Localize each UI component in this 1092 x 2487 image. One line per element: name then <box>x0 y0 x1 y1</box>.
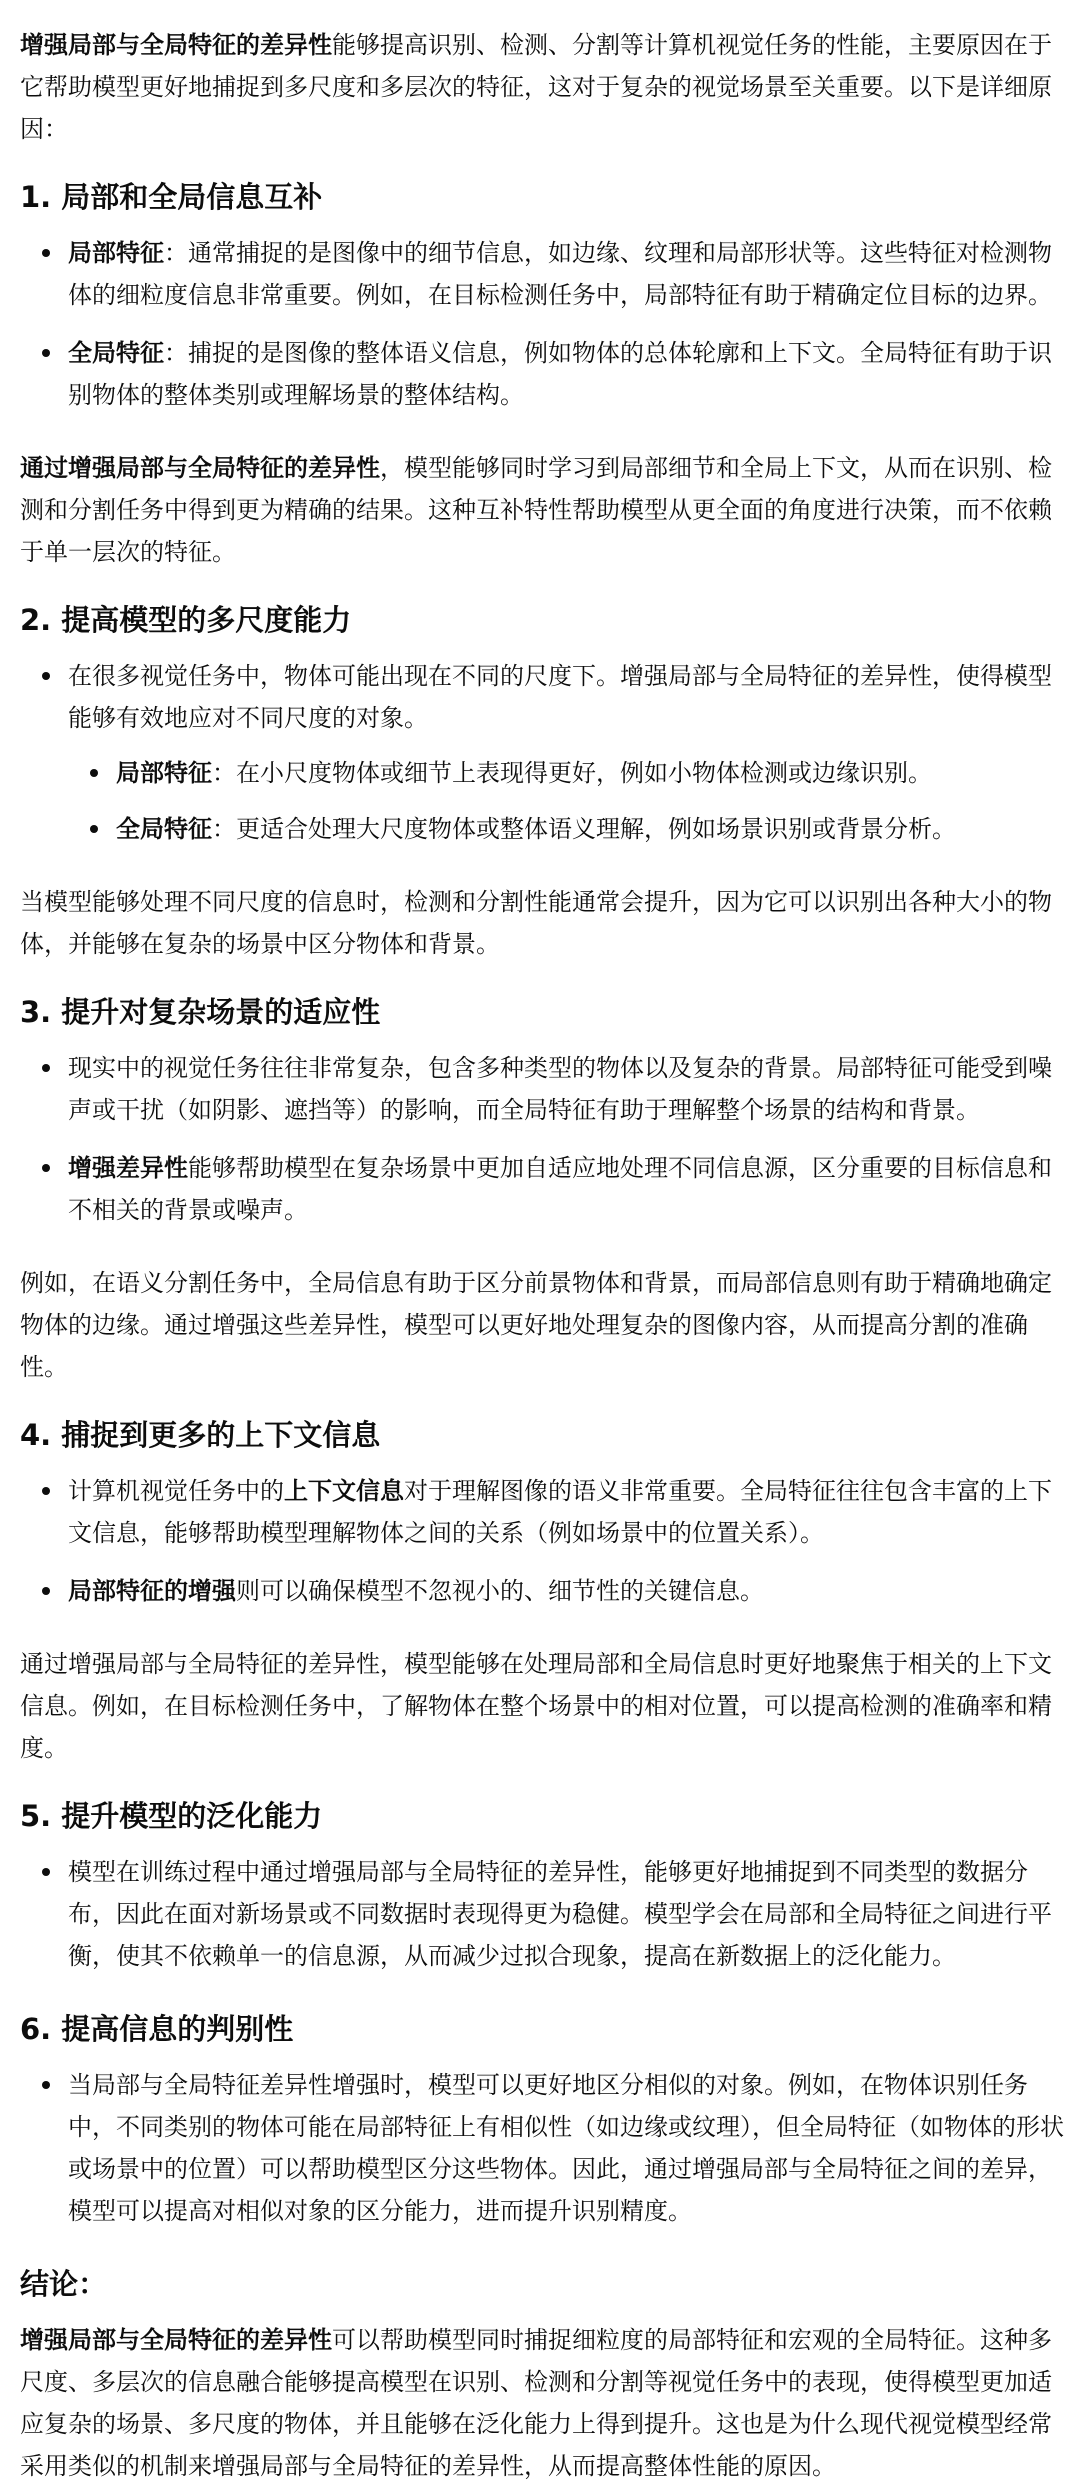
bullet-text: 当局部与全局特征差异性增强时，模型可以更好地区分相似的对象。例如，在物体识别任务… <box>68 2071 1064 2225</box>
list-item: 局部特征：通常捕捉的是图像中的细节信息，如边缘、纹理和局部形状等。这些特征对检测… <box>20 232 1070 316</box>
nested-list-item: 全局特征：更适合处理大尺度物体或整体语义理解，例如场景识别或背景分析。 <box>68 808 1070 850</box>
para-text: 例如，在语义分割任务中，全局信息有助于区分前景物体和背景，而局部信息则有助于精确… <box>20 1269 1052 1381</box>
document: 增强局部与全局特征的差异性能够提高识别、检测、分割等计算机视觉任务的性能，主要原… <box>0 0 1092 2487</box>
section-2-paragraph: 当模型能够处理不同尺度的信息时，检测和分割性能通常会提升，因为它可以识别出各种大… <box>20 881 1070 965</box>
bullet-text: ：捕捉的是图像的整体语义信息，例如物体的总体轮廓和上下文。全局特征有助于识别物体… <box>68 339 1052 409</box>
section-6-title: 6. 提高信息的判别性 <box>20 2008 1070 2050</box>
bullet-text: 模型在训练过程中通过增强局部与全局特征的差异性，能够更好地捕捉到不同类型的数据分… <box>68 1858 1052 1970</box>
list-item: 计算机视觉任务中的上下文信息对于理解图像的语义非常重要。全局特征往往包含丰富的上… <box>20 1470 1070 1554</box>
conclusion-title: 结论： <box>20 2263 1070 2305</box>
bullet-text: ：通常捕捉的是图像中的细节信息，如边缘、纹理和局部形状等。这些特征对检测物体的细… <box>68 239 1052 309</box>
bullet-bold: 上下文信息 <box>284 1477 404 1505</box>
conclusion-paragraph: 增强局部与全局特征的差异性可以帮助模型同时捕捉细粒度的局部特征和宏观的全局特征。… <box>20 2319 1070 2487</box>
conclusion-bold: 增强局部与全局特征的差异性 <box>20 2326 332 2354</box>
section-5-title: 5. 提升模型的泛化能力 <box>20 1795 1070 1837</box>
bullet-bold: 全局特征 <box>68 339 164 367</box>
para-bold: 通过增强局部与全局特征的差异性 <box>20 454 380 482</box>
bullet-text-pre: 计算机视觉任务中的 <box>68 1477 284 1505</box>
intro-paragraph: 增强局部与全局特征的差异性能够提高识别、检测、分割等计算机视觉任务的性能，主要原… <box>20 24 1070 150</box>
section-4-title: 4. 捕捉到更多的上下文信息 <box>20 1414 1070 1456</box>
list-item: 局部特征的增强则可以确保模型不忽视小的、细节性的关键信息。 <box>20 1570 1070 1612</box>
bullet-text: 在很多视觉任务中，物体可能出现在不同的尺度下。增强局部与全局特征的差异性，使得模… <box>68 662 1052 732</box>
bullet-text: ：更适合处理大尺度物体或整体语义理解，例如场景识别或背景分析。 <box>212 815 956 843</box>
section-5-list: 模型在训练过程中通过增强局部与全局特征的差异性，能够更好地捕捉到不同类型的数据分… <box>20 1851 1070 1977</box>
section-4-list: 计算机视觉任务中的上下文信息对于理解图像的语义非常重要。全局特征往往包含丰富的上… <box>20 1470 1070 1612</box>
section-6-list: 当局部与全局特征差异性增强时，模型可以更好地区分相似的对象。例如，在物体识别任务… <box>20 2064 1070 2232</box>
para-text: 当模型能够处理不同尺度的信息时，检测和分割性能通常会提升，因为它可以识别出各种大… <box>20 888 1052 958</box>
section-1-paragraph: 通过增强局部与全局特征的差异性，模型能够同时学习到局部细节和全局上下文，从而在识… <box>20 447 1070 573</box>
bullet-text: 则可以确保模型不忽视小的、细节性的关键信息。 <box>236 1577 764 1605</box>
list-item: 增强差异性能够帮助模型在复杂场景中更加自适应地处理不同信息源，区分重要的目标信息… <box>20 1147 1070 1231</box>
bullet-bold: 局部特征 <box>116 759 212 787</box>
section-2-list: 在很多视觉任务中，物体可能出现在不同的尺度下。增强局部与全局特征的差异性，使得模… <box>20 655 1070 850</box>
section-2-title: 2. 提高模型的多尺度能力 <box>20 599 1070 641</box>
list-item: 全局特征：捕捉的是图像的整体语义信息，例如物体的总体轮廓和上下文。全局特征有助于… <box>20 332 1070 416</box>
section-1-list: 局部特征：通常捕捉的是图像中的细节信息，如边缘、纹理和局部形状等。这些特征对检测… <box>20 232 1070 416</box>
section-1-title: 1. 局部和全局信息互补 <box>20 176 1070 218</box>
bullet-bold: 局部特征的增强 <box>68 1577 236 1605</box>
nested-list: 局部特征：在小尺度物体或细节上表现得更好，例如小物体检测或边缘识别。 全局特征：… <box>68 752 1070 850</box>
nested-list-item: 局部特征：在小尺度物体或细节上表现得更好，例如小物体检测或边缘识别。 <box>68 752 1070 794</box>
bullet-text: 现实中的视觉任务往往非常复杂，包含多种类型的物体以及复杂的背景。局部特征可能受到… <box>68 1054 1052 1124</box>
bullet-bold: 局部特征 <box>68 239 164 267</box>
list-item: 模型在训练过程中通过增强局部与全局特征的差异性，能够更好地捕捉到不同类型的数据分… <box>20 1851 1070 1977</box>
list-item: 当局部与全局特征差异性增强时，模型可以更好地区分相似的对象。例如，在物体识别任务… <box>20 2064 1070 2232</box>
para-text: 通过增强局部与全局特征的差异性，模型能够在处理局部和全局信息时更好地聚焦于相关的… <box>20 1650 1052 1762</box>
list-item: 现实中的视觉任务往往非常复杂，包含多种类型的物体以及复杂的背景。局部特征可能受到… <box>20 1047 1070 1131</box>
bullet-text: ：在小尺度物体或细节上表现得更好，例如小物体检测或边缘识别。 <box>212 759 932 787</box>
section-3-title: 3. 提升对复杂场景的适应性 <box>20 991 1070 1033</box>
bullet-text: 能够帮助模型在复杂场景中更加自适应地处理不同信息源，区分重要的目标信息和不相关的… <box>68 1154 1052 1224</box>
bullet-bold: 增强差异性 <box>68 1154 188 1182</box>
section-3-list: 现实中的视觉任务往往非常复杂，包含多种类型的物体以及复杂的背景。局部特征可能受到… <box>20 1047 1070 1231</box>
section-4-paragraph: 通过增强局部与全局特征的差异性，模型能够在处理局部和全局信息时更好地聚焦于相关的… <box>20 1643 1070 1769</box>
bullet-bold: 全局特征 <box>116 815 212 843</box>
list-item: 在很多视觉任务中，物体可能出现在不同的尺度下。增强局部与全局特征的差异性，使得模… <box>20 655 1070 850</box>
section-3-paragraph: 例如，在语义分割任务中，全局信息有助于区分前景物体和背景，而局部信息则有助于精确… <box>20 1262 1070 1388</box>
intro-bold: 增强局部与全局特征的差异性 <box>20 31 332 59</box>
